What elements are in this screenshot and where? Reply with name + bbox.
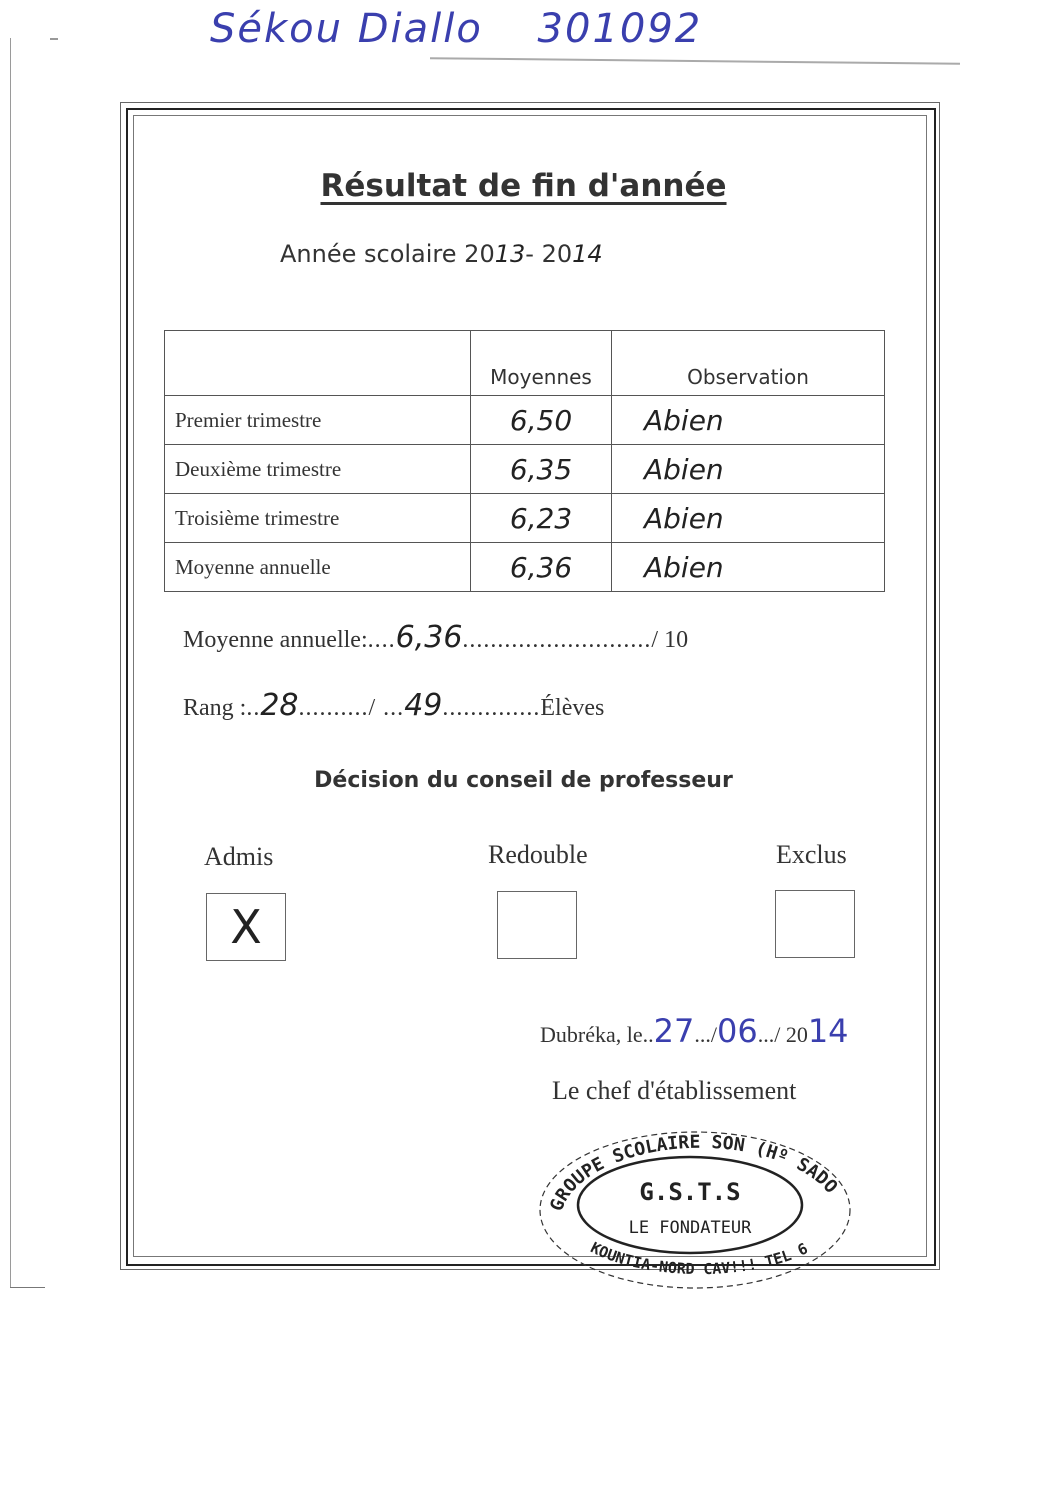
annual-average-label: Moyenne annuelle:: [183, 627, 368, 653]
date-month: 06: [717, 1012, 758, 1050]
table-header-row: Moyennes Observation: [165, 331, 885, 396]
page-edge-bottom: [10, 1287, 45, 1288]
decision-title: Décision du conseil de professeur: [0, 768, 1047, 793]
date-day: 27: [654, 1012, 695, 1050]
option-label-admis: Admis: [204, 842, 273, 872]
row-average: 6,23: [471, 494, 612, 543]
student-id: 301092: [538, 6, 703, 52]
stamp-center-line-2: LE FONDATEUR: [629, 1218, 753, 1238]
frame-inner: [133, 115, 927, 1257]
table-row: Troisième trimestre 6,23 Abien: [165, 494, 885, 543]
row-average: 6,50: [471, 396, 612, 445]
school-year-end: 14: [572, 240, 603, 268]
stamp-center-line-1: G.S.T.S: [639, 1178, 740, 1206]
student-name: Sékou Diallo: [210, 6, 483, 52]
row-label: Deuxième trimestre: [165, 445, 471, 494]
checkbox-admis[interactable]: X: [206, 893, 286, 961]
x-mark-icon: X: [230, 900, 262, 954]
header-underline: [430, 57, 960, 65]
signatory-title: Le chef d'établissement: [552, 1076, 796, 1106]
row-label: Moyenne annuelle: [165, 543, 471, 592]
school-year-start: 13: [495, 240, 526, 268]
row-label: Premier trimestre: [165, 396, 471, 445]
table-row: Moyenne annuelle 6,36 Abien: [165, 543, 885, 592]
checkbox-exclus[interactable]: [775, 890, 855, 958]
school-year: Année scolaire 2013- 2014: [280, 240, 603, 268]
row-label: Troisième trimestre: [165, 494, 471, 543]
rank-value: 28: [260, 688, 298, 723]
school-stamp: GROUPE SCOLAIRE SON (Hº SADOU) KOUNTIA-N…: [530, 1115, 860, 1295]
school-year-label: Année scolaire: [280, 240, 457, 268]
grades-table: Moyennes Observation Premier trimestre 6…: [164, 330, 885, 592]
place-label: Dubréka, le: [540, 1022, 643, 1047]
row-observation: Abien: [612, 445, 885, 494]
annual-average-scale: / 10: [651, 627, 688, 653]
rank-total: 49: [404, 688, 442, 723]
date-year: 14: [808, 1012, 849, 1050]
document-title: Résultat de fin d'année: [0, 168, 1047, 204]
date-line: Dubréka, le..27.../06.../ 2014: [540, 1012, 849, 1050]
table-row: Premier trimestre 6,50 Abien: [165, 396, 885, 445]
table-row: Deuxième trimestre 6,35 Abien: [165, 445, 885, 494]
rank-line: Rang :..28........../ ...49.............…: [183, 688, 604, 723]
option-label-redouble: Redouble: [488, 840, 588, 870]
checkbox-redouble[interactable]: [497, 891, 577, 959]
rank-label: Rang :: [183, 695, 246, 721]
column-header-empty: [165, 331, 471, 396]
row-observation: Abien: [612, 543, 885, 592]
annual-average-value: 6,36: [396, 620, 463, 655]
rank-unit: Élèves: [540, 695, 604, 721]
page-edge-left: [10, 38, 13, 1288]
row-observation: Abien: [612, 494, 885, 543]
row-average: 6,36: [471, 543, 612, 592]
annual-average-line: Moyenne annuelle:....6,36...............…: [183, 620, 688, 655]
column-header-observation: Observation: [612, 331, 885, 396]
scan-mark: [50, 38, 58, 40]
option-label-exclus: Exclus: [776, 840, 847, 870]
student-header: Sékou Diallo 301092: [210, 6, 702, 52]
column-header-averages: Moyennes: [471, 331, 612, 396]
row-observation: Abien: [612, 396, 885, 445]
row-average: 6,35: [471, 445, 612, 494]
